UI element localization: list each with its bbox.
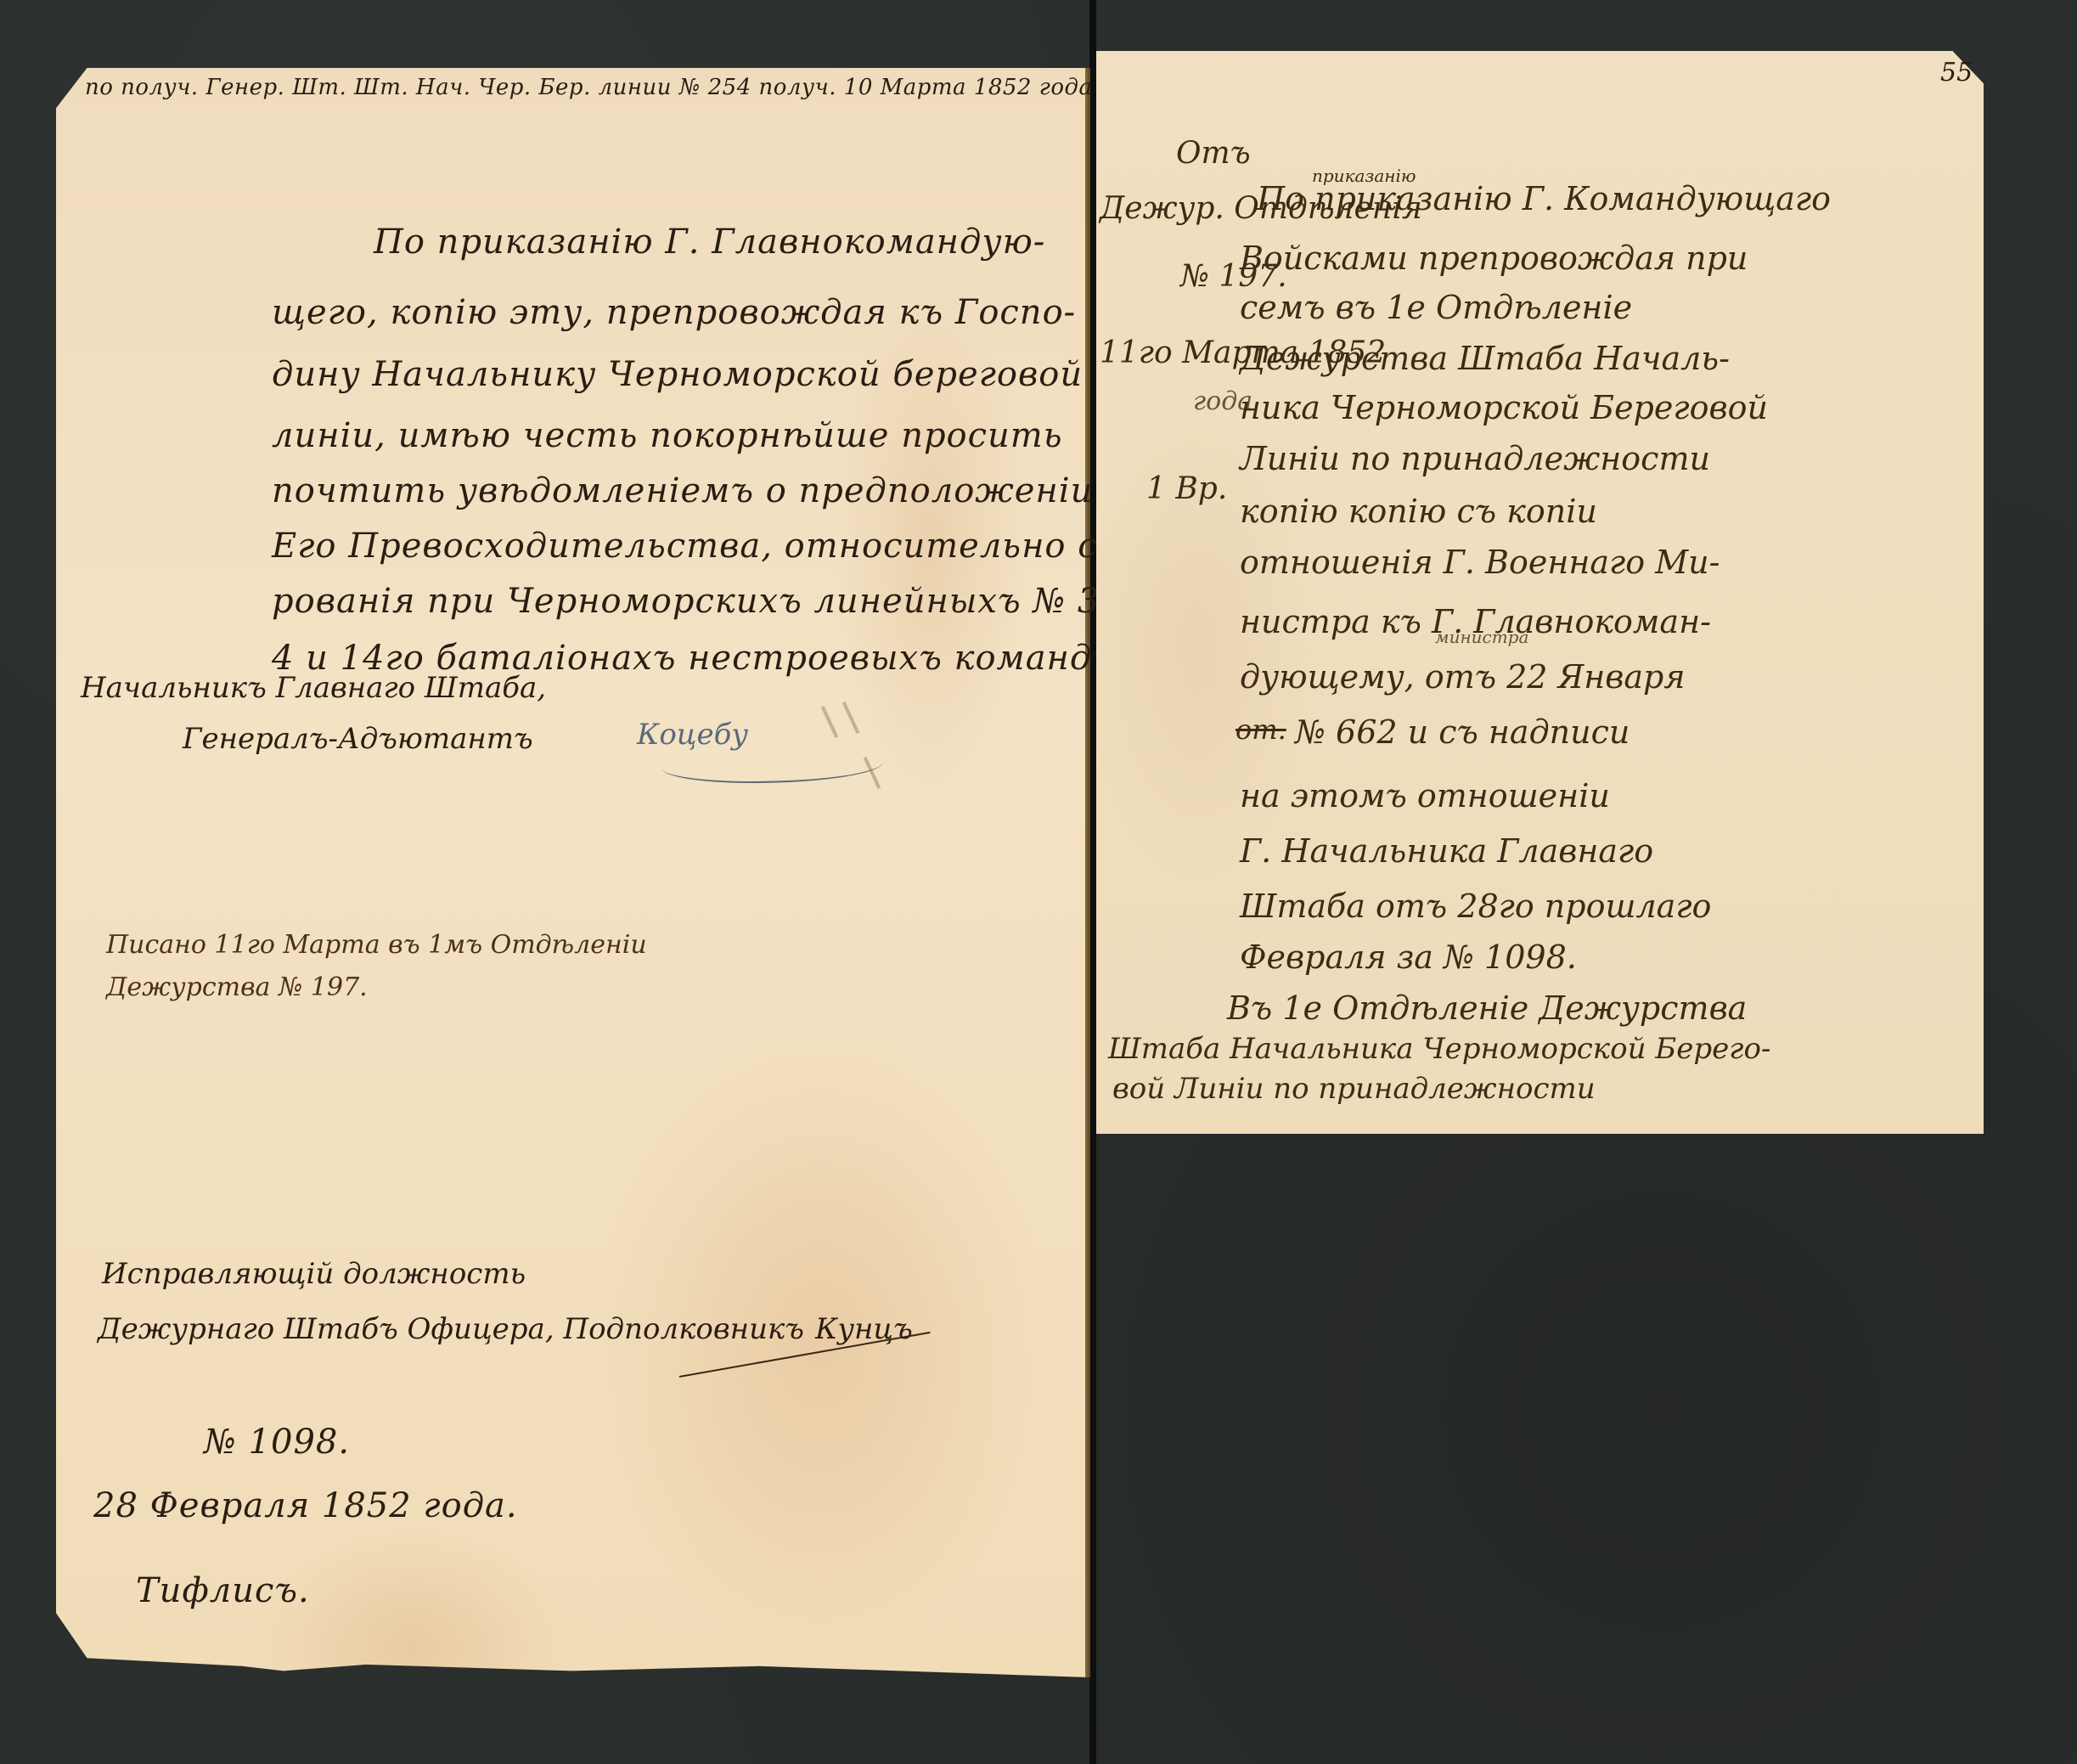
right-body-line-6: Линіи по принадлежности — [1240, 440, 1710, 477]
document-location: Тифлисъ. — [136, 1571, 310, 1610]
signatory-2-title-1: Исправляющій должность — [102, 1257, 526, 1291]
document-date: 28 Февраля 1852 года. — [93, 1486, 518, 1525]
gutter-edge — [1085, 68, 1090, 1677]
right-body-line-12: на этомъ отношеніи — [1240, 777, 1610, 814]
left-body-line-3: дину Начальнику Черноморской береговой — [272, 355, 1083, 394]
left-body-line-4: линіи, имѣю честь покорнѣйше просить — [272, 416, 1063, 455]
left-body-line-1: По приказанію Г. Главнокомандую- — [374, 223, 1045, 262]
received-note-line-2: Дежурства № 197. — [106, 972, 368, 1002]
left-body-line-2: щего, копію эту, препровождая къ Госпо- — [272, 293, 1076, 332]
left-page-header-note: по получ. Генер. Шт. Шт. Нач. Чер. Бер. … — [85, 75, 1093, 100]
signatory-2-signature: Кунцъ — [815, 1312, 913, 1346]
right-body-line-8: отношенія Г. Военнаго Ми- — [1240, 544, 1720, 581]
left-body-line-7: рованія при Черноморскихъ линейныхъ № 3, — [272, 582, 1112, 621]
right-body-line-13: Г. Начальника Главнаго — [1240, 832, 1653, 870]
right-body-line-14: Штаба отъ 28го прошлаго — [1240, 888, 1711, 925]
right-body-line-18: вой Линіи по принадлежности — [1112, 1072, 1596, 1106]
right-body-line-11: № 662 и съ надписи — [1295, 713, 1630, 751]
signatory-2-title-2: Дежурнаго Штабъ Офицера, Подполковникъ — [98, 1312, 804, 1346]
margin-initials: 1 Вр. — [1146, 471, 1227, 506]
right-body-line-4: Дежурства Штаба Началь- — [1240, 340, 1730, 377]
right-body-line-7: копію копію съ копіи — [1240, 493, 1597, 530]
right-body-line-3: семъ въ 1е Отдѣленіе — [1240, 289, 1632, 326]
right-insert-minister: министра — [1435, 627, 1528, 647]
received-note-line-1: Писано 11го Марта въ 1мъ Отдѣленіи — [106, 930, 647, 960]
signatory-1-signature: Коцебу — [637, 718, 748, 752]
right-body-line-10: дующему, отъ 22 Января — [1240, 658, 1686, 696]
left-body-line-6: Его Превосходительства, относительно сфо… — [272, 527, 1233, 566]
binding-strip — [1089, 0, 1096, 1764]
right-struck-fragment: от. — [1236, 713, 1286, 746]
right-body-line-2: Войсками препровождая при — [1240, 240, 1748, 277]
right-body-line-15: Февраля за № 1098. — [1240, 938, 1577, 976]
right-body-line-17: Штаба Начальника Черноморской Берего- — [1108, 1032, 1770, 1066]
folio-number: 55 — [1940, 58, 1973, 87]
margin-from-label: Отъ — [1176, 136, 1251, 171]
right-body-line-16: Въ 1е Отдѣленіе Дежурства — [1227, 989, 1747, 1027]
right-body-line-5: ника Черноморской Береговой — [1240, 389, 1768, 426]
right-body-line-1: По приказанію Г. Командующаго — [1257, 180, 1831, 217]
document-number: № 1098. — [204, 1423, 350, 1462]
left-body-line-5: почтить увѣдомленіемъ о предположеніи — [272, 471, 1093, 510]
signatory-1-title-2: Генералъ-Адъютантъ — [183, 722, 533, 756]
signatory-1-title-1: Начальникъ Главнаго Штаба, — [81, 671, 546, 705]
